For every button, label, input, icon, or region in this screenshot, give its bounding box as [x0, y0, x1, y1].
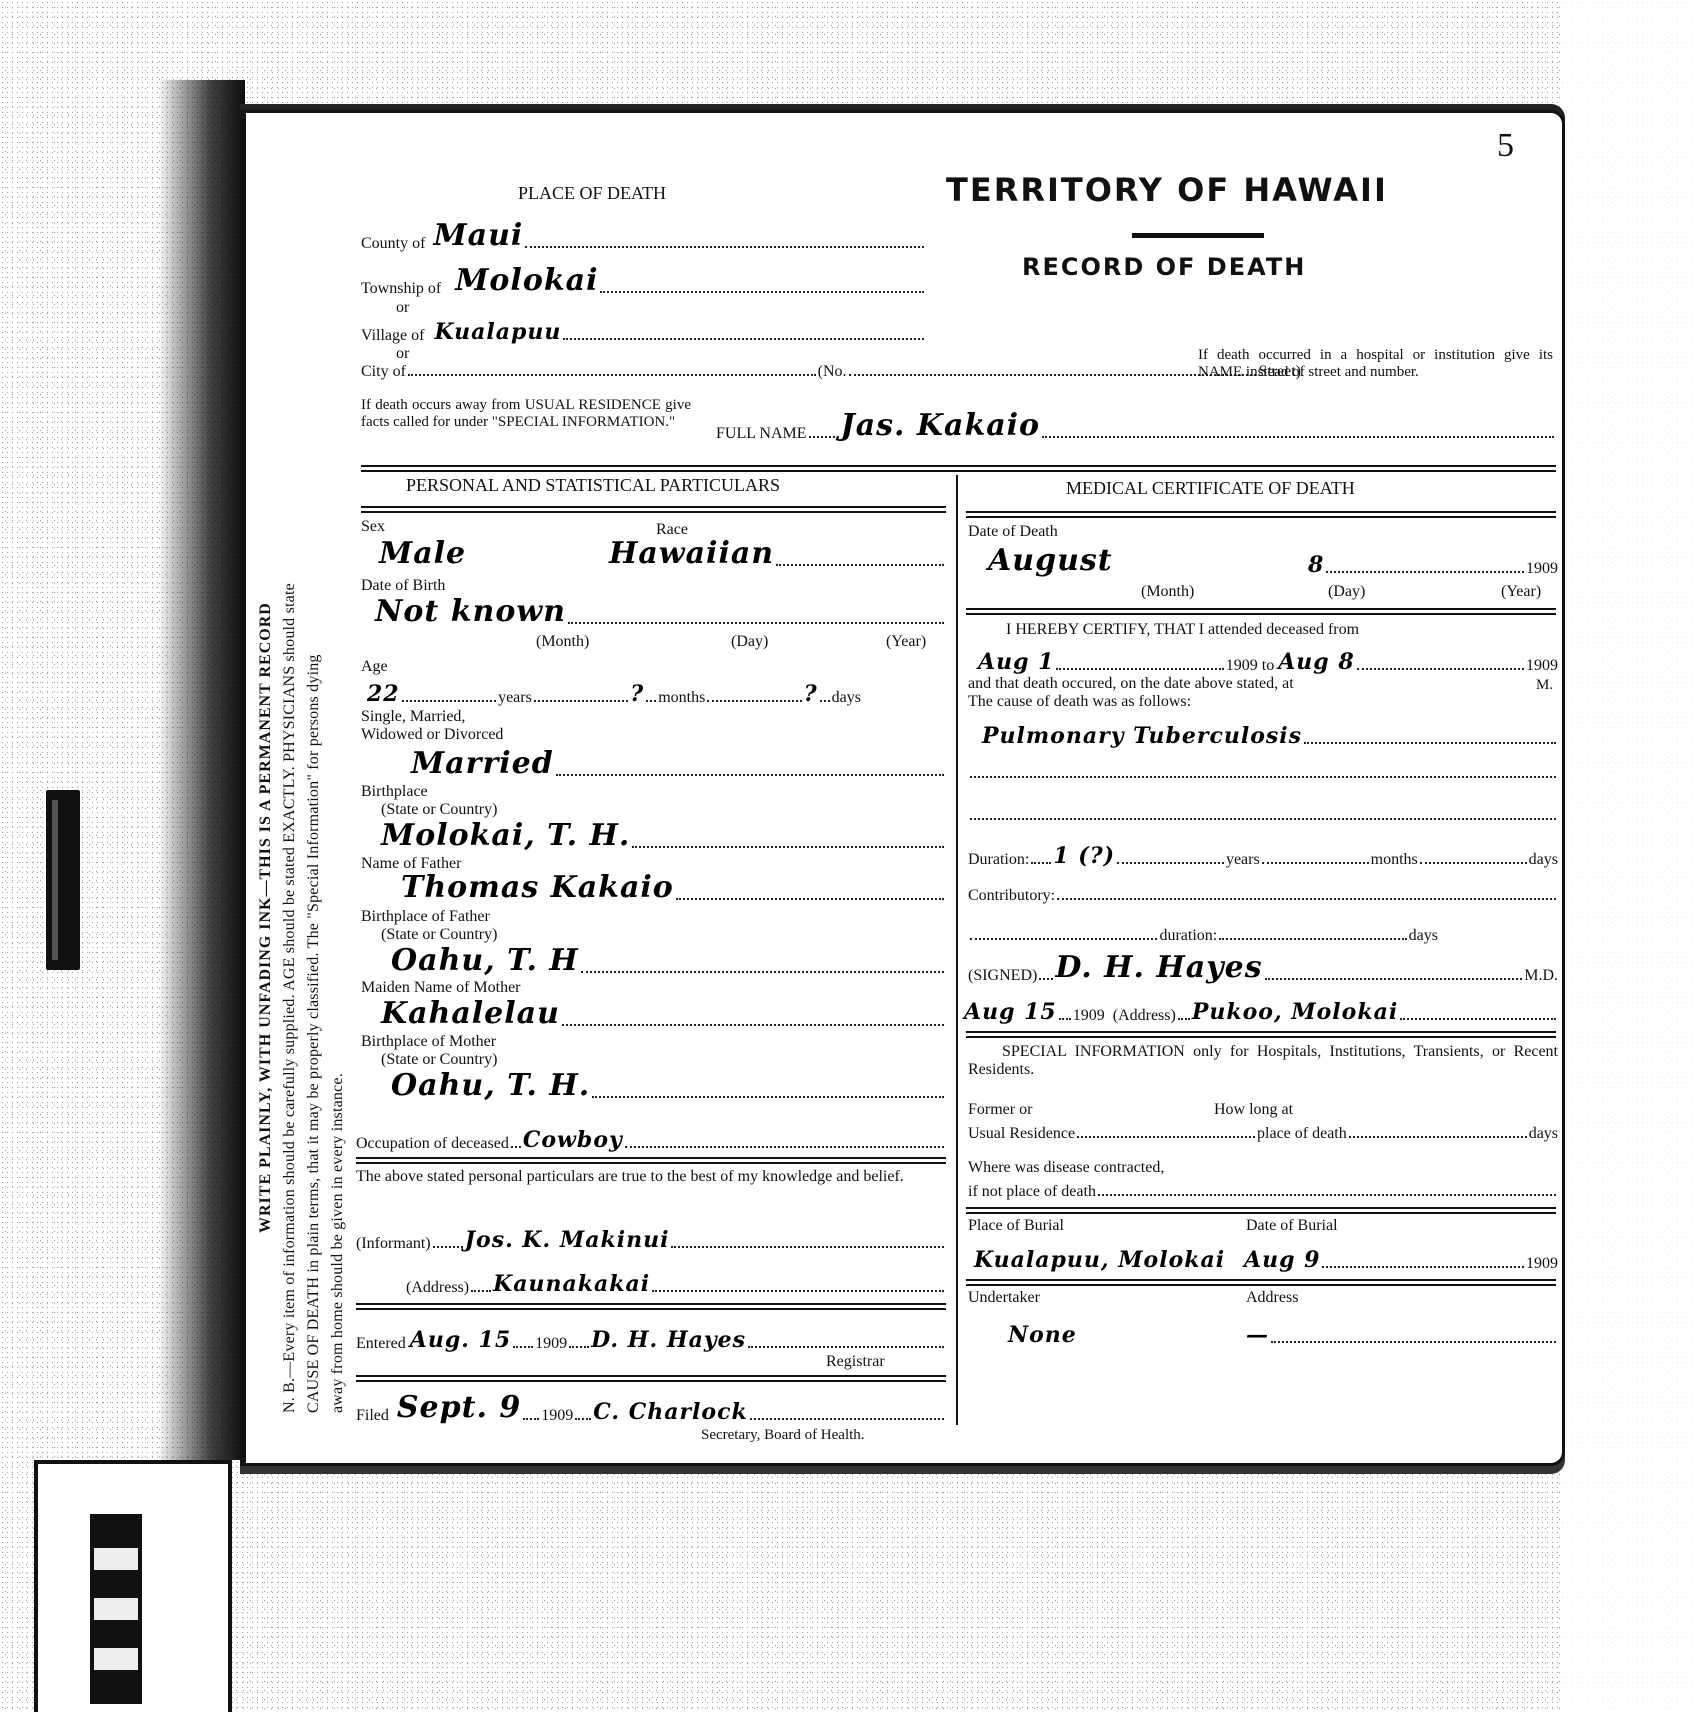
- certify-text: I HEREBY CERTIFY, THAT I attended deceas…: [1006, 621, 1359, 639]
- filed-by: C. Charlock: [593, 1399, 747, 1425]
- county-value: Maui: [433, 218, 523, 253]
- signed-address-value: Pukoo, Molokai: [1192, 999, 1398, 1025]
- dob-month-label: (Month): [536, 633, 589, 651]
- signed-date: Aug 15: [964, 999, 1057, 1025]
- margin-line-3: away from home should be given in every …: [326, 173, 350, 1413]
- city-field: City of (No. Street): [361, 351, 1301, 381]
- signed-year: 1909: [1073, 1007, 1105, 1025]
- place-of-death-label: place of death: [1257, 1125, 1347, 1143]
- entered-rule: [356, 1375, 946, 1377]
- undertaker-label: Undertaker: [968, 1289, 1040, 1307]
- duration-value: 1 (?): [1053, 843, 1115, 869]
- occupation-field: Occupation of deceased Cowboy: [356, 1113, 946, 1153]
- entered-date: Aug. 15: [410, 1327, 511, 1353]
- full-name-label: FULL NAME: [716, 425, 807, 443]
- residence-note: If death occurs away from USUAL RESIDENC…: [361, 397, 691, 431]
- contracted-field: if not place of death: [968, 1175, 1558, 1201]
- mother-birthplace-label: Birthplace of Mother: [361, 1033, 496, 1051]
- special-heading: SPECIAL INFORMATION only for Hospitals, …: [968, 1043, 1558, 1079]
- mother-field: Kahalelau: [361, 991, 946, 1031]
- dod-year-label: (Year): [1501, 583, 1541, 601]
- contributory-field: Contributory:: [968, 875, 1558, 905]
- informant-address-label: (Address): [406, 1279, 469, 1297]
- md-label: M.D.: [1524, 967, 1558, 985]
- cause-value: Pulmonary Tuberculosis: [982, 723, 1302, 749]
- usual-residence-label: Usual Residence: [968, 1125, 1075, 1143]
- section-divider: [361, 465, 1556, 467]
- father-birthplace-label: Birthplace of Father: [361, 908, 490, 926]
- signed-address-label: (Address): [1113, 1007, 1176, 1025]
- signed-rule: [966, 1031, 1556, 1033]
- dod-month-label: (Month): [1141, 583, 1194, 601]
- age-field: 22 years ? months ? days: [361, 671, 861, 707]
- duration-days-label: days: [1529, 851, 1558, 869]
- undertaker-address-label: Address: [1246, 1289, 1298, 1307]
- dob-year-label: (Year): [886, 633, 926, 651]
- duration-years-label: years: [1226, 851, 1260, 869]
- informant-value: Jos. K. Makinui: [465, 1227, 670, 1253]
- attended-from-year: 1909: [1226, 657, 1258, 675]
- dod-field: August 8 1909: [968, 538, 1558, 578]
- undertaker-field: None —: [968, 1308, 1558, 1348]
- sex-race-field: Male Hawaiian: [361, 531, 946, 571]
- occupation-rule: [356, 1157, 946, 1159]
- father-value: Thomas Kakaio: [401, 870, 674, 905]
- entered-by: D. H. Hayes: [591, 1327, 746, 1353]
- county-label: County of: [361, 235, 425, 253]
- form-subtitle: RECORD OF DEATH: [1022, 253, 1306, 281]
- village-label: Village of: [361, 327, 424, 345]
- title-rule: [1132, 233, 1264, 238]
- race-value: Hawaiian: [609, 536, 774, 571]
- age-months-value: ?: [630, 681, 644, 707]
- contrib-days-label: days: [1409, 927, 1438, 945]
- signed-address-field: Aug 15 1909 (Address) Pukoo, Molokai: [964, 989, 1558, 1025]
- death-record-form: 5 WRITE PLAINLY, WITH UNFADING INK—THIS …: [240, 110, 1565, 1466]
- margin-line-2: CAUSE OF DEATH in plain terms, that it m…: [302, 173, 326, 1413]
- signed-field: (SIGNED) D. H. Hayes M.D.: [968, 945, 1558, 985]
- birthplace-field: Molokai, T. H.: [361, 813, 946, 853]
- father-field: Thomas Kakaio: [361, 865, 946, 905]
- duration-months-label: months: [1371, 851, 1418, 869]
- signed-label: (SIGNED): [968, 967, 1037, 985]
- duration-field: Duration: 1 (?) years months days: [968, 833, 1558, 869]
- mother-value: Kahalelau: [381, 996, 560, 1031]
- duration-label: Duration:: [968, 851, 1029, 869]
- township-value: Molokai: [455, 263, 598, 298]
- attended-from: Aug 1: [978, 649, 1054, 675]
- informant-field: (Informant) Jos. K. Makinui: [356, 1213, 946, 1253]
- village-value: Kualapuu: [434, 319, 561, 345]
- entered-field: Entered Aug. 15 1909 D. H. Hayes: [356, 1317, 946, 1353]
- burial-year: 1909: [1526, 1255, 1558, 1273]
- filed-date: Sept. 9: [397, 1390, 521, 1425]
- entered-year: 1909: [535, 1335, 567, 1353]
- attended-to-year: 1909: [1526, 657, 1558, 675]
- burial-date-value: Aug 9: [1244, 1247, 1320, 1273]
- age-years-value: 22: [367, 681, 400, 707]
- birthplace-label: Birthplace: [361, 783, 428, 801]
- residence-field: Usual Residence place of death days: [968, 1117, 1558, 1143]
- village-field: Village of Kualapuu: [361, 305, 926, 345]
- page-number: 5: [1497, 127, 1514, 165]
- scan-background-right: [1560, 0, 1696, 1712]
- place-of-death-heading: PLACE OF DEATH: [518, 183, 666, 204]
- entered-label: Entered: [356, 1335, 406, 1353]
- undertaker-value: None: [1008, 1322, 1246, 1348]
- hospital-note: If death occurred in a hospital or insti…: [1198, 347, 1553, 381]
- contributory-label: Contributory:: [968, 887, 1055, 905]
- cause-line-3: [968, 805, 1558, 825]
- margin-line-1: N. B.—Every item of information should b…: [278, 173, 302, 1413]
- dob-field: Not known: [361, 589, 946, 629]
- marital-label-1: Single, Married,: [361, 708, 465, 726]
- binding-shadow: [160, 80, 245, 1460]
- dod-year: 1909: [1526, 560, 1558, 578]
- filed-label: Filed: [356, 1407, 389, 1425]
- filed-year: 1909: [541, 1407, 573, 1425]
- informant-label: (Informant): [356, 1235, 431, 1253]
- county-field: County of Maui: [361, 213, 926, 253]
- not-place-of-death-label: if not place of death: [968, 1183, 1096, 1201]
- township-field: Township of Molokai: [361, 258, 926, 298]
- father-birthplace-value: Oahu, T. H: [391, 943, 579, 978]
- grayscale-ruler: [90, 1514, 142, 1704]
- marital-value: Married: [411, 746, 554, 781]
- medical-heading-rule: [966, 511, 1556, 513]
- occupation-label: Occupation of deceased: [356, 1135, 509, 1153]
- sex-value: Male: [379, 536, 609, 571]
- birthplace-value: Molokai, T. H.: [381, 818, 630, 853]
- secretary-label: Secretary, Board of Health.: [701, 1427, 865, 1444]
- dob-day-label: (Day): [731, 633, 768, 651]
- attended-field: Aug 1 1909 to Aug 8 1909: [968, 641, 1558, 675]
- to-label: to: [1262, 657, 1274, 675]
- street-number-label: (No.: [818, 363, 847, 381]
- full-name-value: Jas. Kakaio: [841, 408, 1041, 443]
- informant-address-value: Kaunakakai: [493, 1271, 650, 1297]
- attended-to: Aug 8: [1278, 649, 1354, 675]
- registrar-label: Registrar: [826, 1353, 885, 1371]
- marital-field: Married: [361, 741, 946, 781]
- cause-field: Pulmonary Tuberculosis: [968, 709, 1558, 749]
- full-name-field: FULL NAME Jas. Kakaio: [716, 403, 1556, 443]
- dod-month: August: [988, 543, 1308, 578]
- burial-place-value: Kualapuu, Molokai: [974, 1247, 1244, 1273]
- city-label: City of: [361, 363, 406, 381]
- personal-heading: PERSONAL AND STATISTICAL PARTICULARS: [406, 475, 780, 496]
- cause-line-2: [968, 763, 1558, 783]
- form-title: TERRITORY OF HAWAII: [946, 171, 1388, 209]
- father-birthplace-field: Oahu, T. H: [361, 938, 946, 978]
- contrib-duration-label: duration:: [1159, 927, 1217, 945]
- dod-day-label: (Day): [1328, 583, 1365, 601]
- howlong-days-label: days: [1529, 1125, 1558, 1143]
- occupation-value: Cowboy: [523, 1127, 623, 1153]
- years-label: years: [498, 689, 532, 707]
- dod-rule: [966, 608, 1556, 610]
- margin-heading: WRITE PLAINLY, WITH UNFADING INK—THIS IS…: [254, 173, 278, 1413]
- dod-day: 8: [1308, 552, 1324, 578]
- burial-rule: [966, 1279, 1556, 1281]
- attestation-text: The above stated personal particulars ar…: [356, 1168, 946, 1186]
- color-target-card: [34, 1460, 232, 1712]
- age-days-value: ?: [804, 681, 818, 707]
- personal-heading-rule: [361, 506, 946, 508]
- township-label: Township of: [361, 280, 441, 298]
- mother-birthplace-field: Oahu, T. H.: [361, 1063, 946, 1103]
- days-label: days: [832, 689, 861, 707]
- filed-field: Filed Sept. 9 1909 C. Charlock: [356, 1385, 946, 1425]
- undertaker-address-value: —: [1246, 1322, 1269, 1348]
- m-label: M.: [1536, 677, 1553, 694]
- mother-birthplace-value: Oahu, T. H.: [391, 1068, 590, 1103]
- column-divider: [956, 475, 958, 1425]
- occurred-text: and that death occured, on the date abov…: [968, 675, 1294, 693]
- informant-address-field: (Address) Kaunakakai: [406, 1261, 946, 1297]
- margin-instructions: WRITE PLAINLY, WITH UNFADING INK—THIS IS…: [254, 173, 364, 1413]
- contracted-rule: [966, 1207, 1556, 1209]
- dob-value: Not known: [375, 594, 566, 629]
- burial-field: Kualapuu, Molokai Aug 9 1909: [968, 1233, 1558, 1273]
- informant-rule: [356, 1303, 946, 1305]
- contrib-duration-field: duration: days: [968, 915, 1438, 945]
- medical-heading: MEDICAL CERTIFICATE OF DEATH: [1066, 478, 1355, 499]
- signed-value: D. H. Hayes: [1055, 950, 1262, 985]
- binder-clip: [46, 790, 80, 970]
- months-label: months: [658, 689, 705, 707]
